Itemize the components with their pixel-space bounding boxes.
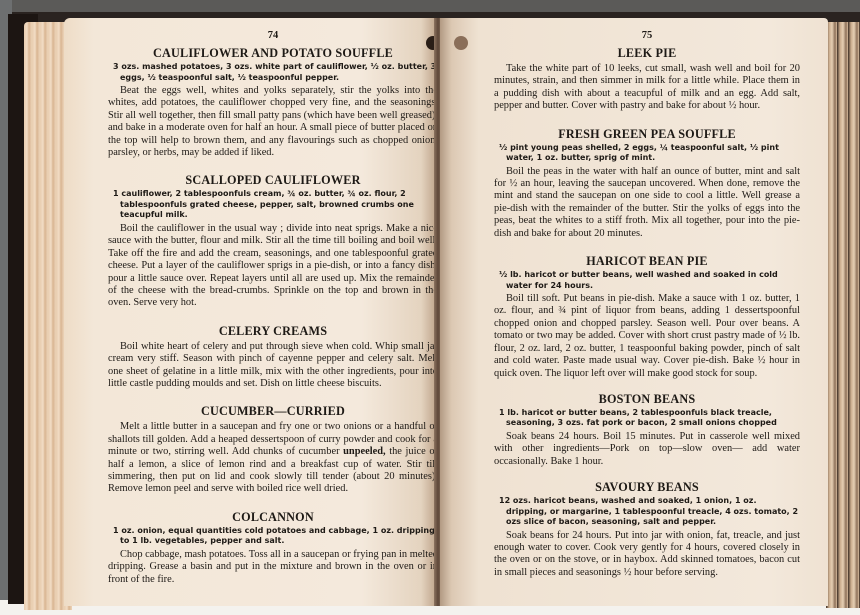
recipe-boston-beans: BOSTON BEANS 1 lb. haricot or butter bea… xyxy=(494,392,800,468)
left-page: 74 CAULIFLOWER AND POTATO SOUFFLE 3 ozs.… xyxy=(64,18,436,606)
recipe-title: HARICOT BEAN PIE xyxy=(494,254,800,269)
recipe-title: CAULIFLOWER AND POTATO SOUFFLE xyxy=(108,46,438,61)
recipe-method: Boil the cauliflower in the usual way ; … xyxy=(108,223,438,310)
recipe-ingredients: 3 ozs. mashed potatoes, 3 ozs. white par… xyxy=(108,62,438,83)
recipe-ingredients: 1 lb. haricot or butter beans, 2 tablesp… xyxy=(494,408,800,429)
recipe-title: CUCUMBER—CURRIED xyxy=(108,404,438,419)
recipe-method: Boil the peas in the water with half an … xyxy=(494,166,800,240)
recipe-ingredients: 12 ozs. haricot beans, washed and soaked… xyxy=(494,496,800,528)
recipe-title: FRESH GREEN PEA SOUFFLE xyxy=(494,127,800,142)
recipe-celery-creams: CELERY CREAMS Boil white heart of celery… xyxy=(108,324,438,391)
recipe-fresh-green-pea-souffle: FRESH GREEN PEA SOUFFLE ½ pint young pea… xyxy=(494,127,800,240)
recipe-method: Take the white part of 10 leeks, cut sma… xyxy=(494,63,800,113)
recipe-title: SCALLOPED CAULIFLOWER xyxy=(108,173,438,188)
recipe-method: Melt a little butter in a saucepan and f… xyxy=(108,421,438,495)
open-book: 74 CAULIFLOWER AND POTATO SOUFFLE 3 ozs.… xyxy=(8,8,860,602)
recipe-colcannon: COLCANNON 1 oz. onion, equal quantities … xyxy=(108,510,438,586)
recipe-method: Boil till soft. Put beans in pie-dish. M… xyxy=(494,293,800,380)
recipe-method: Boil white heart of celery and put throu… xyxy=(108,341,438,391)
recipe-title: SAVOURY BEANS xyxy=(494,480,800,495)
page-number: 74 xyxy=(108,30,438,44)
recipe-title: CELERY CREAMS xyxy=(108,324,438,339)
recipe-ingredients: 1 oz. onion, equal quantities cold potat… xyxy=(108,526,438,547)
page-edges-right xyxy=(826,22,860,608)
recipe-haricot-bean-pie: HARICOT BEAN PIE ½ lb. haricot or butter… xyxy=(494,254,800,380)
recipe-ingredients: ½ lb. haricot or butter beans, well wash… xyxy=(494,270,800,291)
recipe-method: Beat the eggs well, whites and yolks sep… xyxy=(108,85,438,159)
recipe-title: BOSTON BEANS xyxy=(494,392,800,407)
recipe-leek-pie: LEEK PIE Take the white part of 10 leeks… xyxy=(494,46,800,113)
recipe-title: COLCANNON xyxy=(108,510,438,525)
recipe-scalloped-cauliflower: SCALLOPED CAULIFLOWER 1 cauliflower, 2 t… xyxy=(108,173,438,309)
recipe-ingredients: 1 cauliflower, 2 tablespoonfuls cream, ¾… xyxy=(108,189,438,221)
recipe-savoury-beans: SAVOURY BEANS 12 ozs. haricot beans, was… xyxy=(494,480,800,579)
recipe-title: LEEK PIE xyxy=(494,46,800,61)
method-emphasis: unpeeled, xyxy=(343,446,385,457)
right-page: 75 LEEK PIE Take the white part of 10 le… xyxy=(440,18,828,606)
recipe-cucumber-curried: CUCUMBER—CURRIED Melt a little butter in… xyxy=(108,404,438,495)
recipe-method: Soak beans for 24 hours. Put into jar wi… xyxy=(494,530,800,580)
page-number: 75 xyxy=(494,30,800,44)
recipe-method: Chop cabbage, mash potatoes. Toss all in… xyxy=(108,549,438,586)
recipe-ingredients: ½ pint young peas shelled, 2 eggs, ¼ tea… xyxy=(494,143,800,164)
binding-hole xyxy=(454,36,468,50)
recipe-cauliflower-potato-souffle: CAULIFLOWER AND POTATO SOUFFLE 3 ozs. ma… xyxy=(108,46,438,159)
recipe-method: Soak beans 24 hours. Boil 15 minutes. Pu… xyxy=(494,431,800,468)
